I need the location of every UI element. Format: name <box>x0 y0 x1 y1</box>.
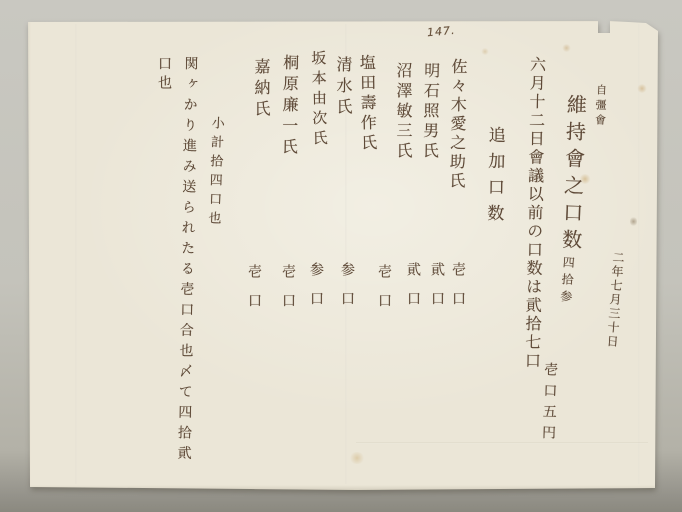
title-count-note: 四拾参 <box>559 256 575 308</box>
member-amount: 壱口 <box>377 264 391 322</box>
section-label-additions: 追加口数 <box>484 126 503 230</box>
member-amount: 参口 <box>309 262 323 320</box>
member-name: 塩田壽作氏 <box>358 54 376 154</box>
member-amount: 貮口 <box>406 262 420 320</box>
closing-note: 関ヶかり進み送られたる壱口合也〆て四拾貮 <box>176 56 197 466</box>
member-name: 桐原廉一氏 <box>280 54 298 159</box>
fold-crease-bottom <box>356 442 648 444</box>
society-name-small: 自彊會 <box>594 84 607 129</box>
paper-stain <box>349 452 365 464</box>
paper-stain <box>637 84 647 93</box>
paper-stain <box>481 48 489 55</box>
closing-note-continued: 口也 <box>157 56 171 94</box>
member-amount: 壱口 <box>451 262 465 320</box>
subtotal-line: 小計拾四口也 <box>206 116 223 230</box>
member-amount: 貮口 <box>430 262 444 320</box>
member-amount: 参口 <box>340 262 354 320</box>
paper-shadow-wrapper: 147. 自彊會 維持會之口数 四拾参 二年七月三十日 六月十二日會議以前の口数… <box>0 0 682 512</box>
document-paper: 147. 自彊會 維持會之口数 四拾参 二年七月三十日 六月十二日會議以前の口数… <box>26 18 658 490</box>
fold-crease-left <box>75 24 77 484</box>
intro-sentence: 六月十二日會議以前の口数は貮拾七口 <box>523 56 544 371</box>
fold-crease-right <box>638 24 640 484</box>
member-name: 佐々木愛之助氏 <box>448 58 466 191</box>
member-name: 明石照男氏 <box>421 62 439 162</box>
member-name: 坂本由次氏 <box>310 50 327 150</box>
page-number: 147. <box>426 24 456 39</box>
paper-stain <box>630 216 637 227</box>
member-amount: 壱口 <box>281 264 295 322</box>
document-date: 二年七月三十日 <box>606 251 625 350</box>
scanned-document-photo: { "page": { "page_number": "147.", "back… <box>0 0 682 512</box>
member-name: 沼澤敏三氏 <box>395 62 411 162</box>
member-name: 清水氏 <box>335 56 351 119</box>
member-amount: 壱口 <box>247 264 261 322</box>
document-title: 維持會之口数 <box>560 94 586 257</box>
member-name: 嘉納氏 <box>253 58 269 121</box>
intro-sentence-continued: 壱口五円 <box>541 362 558 446</box>
paper-stain <box>562 44 571 52</box>
